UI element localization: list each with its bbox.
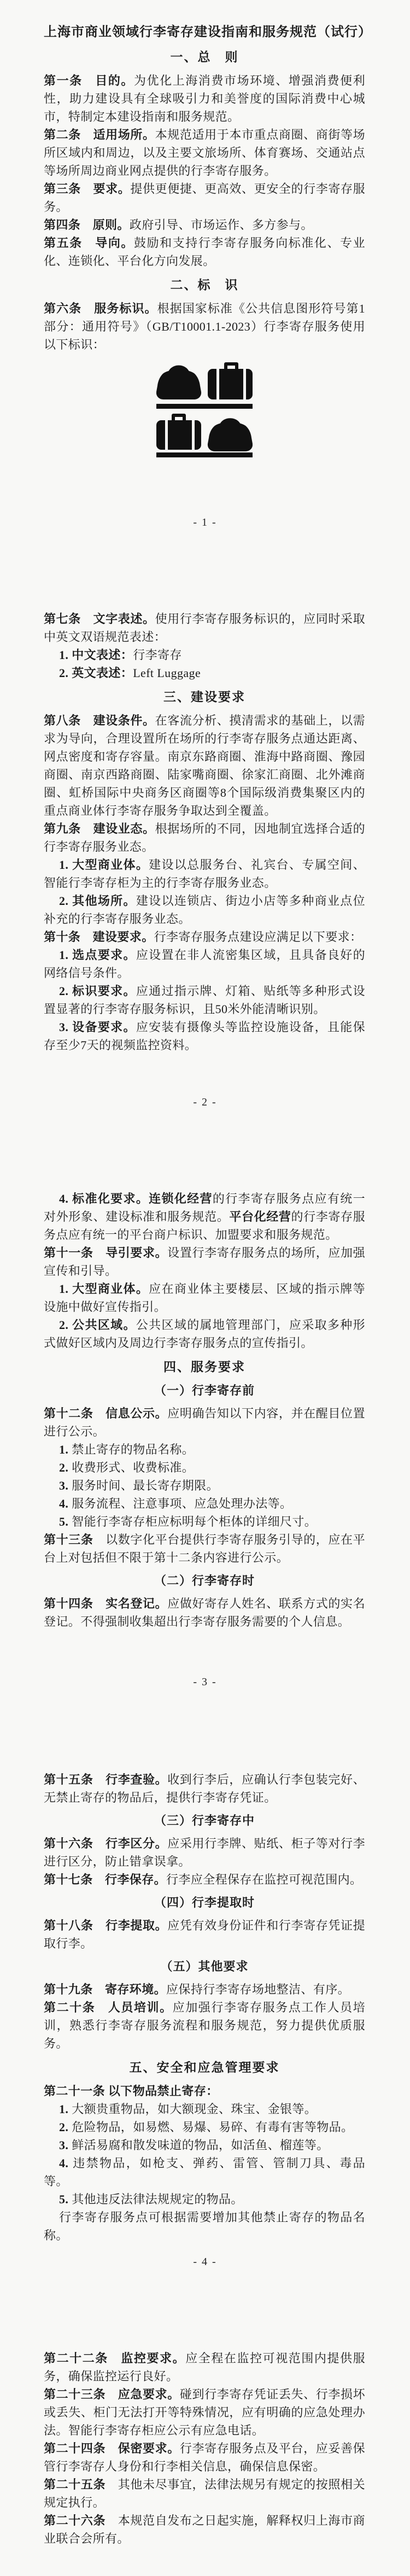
document-page-2: 第七条 文字表述。使用行李寄存服务标识的，应同时采取中英文双语规范表述：1. 中… bbox=[0, 564, 410, 1144]
document-page-1: 上海市商业领域行李寄存建设指南和服务规范（试行）一、总 则第一条 目的。为优化上… bbox=[0, 0, 410, 564]
list-item: 3. 服务时间、最长寄存期限。 bbox=[44, 1477, 365, 1495]
list-item: 1. 大型商业体。应在商业体主要楼层、区域的指示牌等设施中做好宣传指引。 bbox=[44, 1280, 365, 1316]
article-paragraph: 第十一条 导引要求。设置行李寄存服务点的场所，应加强宣传和引导。 bbox=[44, 1244, 365, 1280]
list-item: 2. 英文表述：Left Luggage bbox=[44, 664, 365, 682]
chapter-heading: 四、服务要求 bbox=[44, 1358, 365, 1377]
article-paragraph: 第六条 服务标识。根据国家标准《公共信息图形符号第1部分：通用符号》（GB/T1… bbox=[44, 299, 365, 354]
list-item: 2. 其他场所。建设以连锁店、街边小店等多种商业点位补充的行李寄存服务业态。 bbox=[44, 892, 365, 928]
article-paragraph: 第八条 建设条件。在客流分析、摸清需求的基础上，以需求为导向，合理设置所在场所的… bbox=[44, 711, 365, 820]
list-item: 2. 危险物品，如易燃、易爆、易碎、有毒有害等物品。 bbox=[44, 2118, 365, 2136]
chapter-heading: 三、建设要求 bbox=[44, 688, 365, 707]
list-item: 3. 鲜活易腐和散发味道的物品，如活鱼、榴莲等。 bbox=[44, 2136, 365, 2154]
chapter-heading: 五、安全和应急管理要求 bbox=[44, 2059, 365, 2077]
section-heading: （四）行李提取时 bbox=[44, 1893, 365, 1912]
left-luggage-icon bbox=[156, 361, 253, 457]
article-paragraph: 第一条 目的。为优化上海消费市场环境、增强消费便利性，助力建设具有全球吸引力和美… bbox=[44, 72, 365, 126]
document-page-4: 第十五条 行李查验。收到行李后，应确认行李包装完好、无禁止寄存的物品后，提供行李… bbox=[0, 1724, 410, 2303]
article-paragraph: 第二十二条 监控要求。应全程在监控可视范围内提供服务，确保监控运行良好。 bbox=[44, 2349, 365, 2385]
list-item: 3. 设备要求。应安装有摄像头等监控设施设备，且能保存至少7天的视频监控资料。 bbox=[44, 1018, 365, 1054]
page-5-content: 第二十二条 监控要求。应全程在监控可视范围内提供服务，确保监控运行良好。第二十三… bbox=[44, 2349, 365, 2548]
page-number: - 4 - bbox=[0, 2256, 410, 2268]
article-paragraph: 第十七条 行李保存。行李应全程保存在监控可视范围内。 bbox=[44, 1871, 365, 1889]
page-4-content: 第十五条 行李查验。收到行李后，应确认行李包装完好、无禁止寄存的物品后，提供行李… bbox=[44, 1771, 365, 2244]
list-item: 5. 智能行李寄存柜应标明每个柜体的详细尺寸。 bbox=[44, 1513, 365, 1531]
list-item: 行李寄存服务点可根据需要增加其他禁止寄存的物品名称。 bbox=[44, 2208, 365, 2244]
page-number: - 1 - bbox=[0, 516, 410, 529]
article-paragraph: 第二十一条 以下物品禁止寄存： bbox=[44, 2082, 365, 2100]
list-item: 5. 其他违反法律法规规定的物品。 bbox=[44, 2190, 365, 2208]
article-paragraph: 第三条 要求。提供更便捷、更高效、更安全的行李寄存服务。 bbox=[44, 180, 365, 216]
list-item: 4. 标准化要求。连锁化经营的行李寄存服务点应有统一对外形象、建设标准和服务规范… bbox=[44, 1190, 365, 1244]
document-page-3: 4. 标准化要求。连锁化经营的行李寄存服务点应有统一对外形象、建设标准和服务规范… bbox=[0, 1144, 410, 1724]
article-paragraph: 第九条 建设业态。根据场所的不同，因地制宜选择合适的行李寄存服务业态。 bbox=[44, 820, 365, 856]
article-paragraph: 第七条 文字表述。使用行李寄存服务标识的，应同时采取中英文双语规范表述： bbox=[44, 610, 365, 646]
list-item: 2. 标识要求。应通过指示牌、灯箱、贴纸等多种形式设置显著的行李寄存服务标识，且… bbox=[44, 982, 365, 1018]
article-paragraph: 第十四条 实名登记。应做好寄存人姓名、联系方式的实名登记。不得强制收集超出行李寄… bbox=[44, 1595, 365, 1631]
list-item: 1. 选点要求。应设置在非人流密集区域，且具备良好的网络信号条件。 bbox=[44, 946, 365, 982]
document-title: 上海市商业领域行李寄存建设指南和服务规范（试行） bbox=[44, 23, 365, 42]
section-heading: （三）行李寄存中 bbox=[44, 1812, 365, 1830]
article-paragraph: 第五条 导向。鼓励和支持行李寄存服务向标准化、专业化、连锁化、平台化方向发展。 bbox=[44, 234, 365, 270]
list-item: 1. 禁止寄存的物品名称。 bbox=[44, 1440, 365, 1458]
article-paragraph: 第十五条 行李查验。收到行李后，应确认行李包装完好、无禁止寄存的物品后，提供行李… bbox=[44, 1771, 365, 1807]
scanned-document: { "document": { "title": "上海市商业领域行李寄存建设指… bbox=[0, 0, 410, 2576]
article-paragraph: 第二十三条 应急要求。碰到行李寄存凭证丢失、行李损坏或丢失、柜门无法打开等特殊情… bbox=[44, 2385, 365, 2439]
section-heading: （五）其他要求 bbox=[44, 1957, 365, 1976]
article-paragraph: 第十九条 寄存环境。应保持行李寄存场地整洁、有序。 bbox=[44, 1980, 365, 1998]
article-paragraph: 第十六条 行李区分。应采用行李牌、贴纸、柜子等对行李进行区分，防止错拿误拿。 bbox=[44, 1834, 365, 1871]
page-number: - 2 - bbox=[0, 1096, 410, 1109]
article-paragraph: 第十三条 以数字化平台提供行李寄存服务引导的，应在平台上对包括但不限于第十二条内… bbox=[44, 1531, 365, 1567]
article-paragraph: 第二十四条 保密要求。行李寄存服务点及平台，应妥善保管行李寄存人身份和行李相关信… bbox=[44, 2439, 365, 2475]
page-3-content: 4. 标准化要求。连锁化经营的行李寄存服务点应有统一对外形象、建设标准和服务规范… bbox=[44, 1190, 365, 1631]
list-item: 2. 收费形式、收费标准。 bbox=[44, 1458, 365, 1477]
list-item: 4. 服务流程、注意事项、应急处理办法等。 bbox=[44, 1495, 365, 1513]
list-item: 4. 违禁物品，如枪支、弹药、雷管、管制刀具、毒品等。 bbox=[44, 2154, 365, 2190]
list-item: 1. 大型商业体。建设以总服务台、礼宾台、专属空间、智能行李寄存柜为主的行李寄存… bbox=[44, 856, 365, 892]
page-2-content: 第七条 文字表述。使用行李寄存服务标识的，应同时采取中英文双语规范表述：1. 中… bbox=[44, 610, 365, 1054]
article-paragraph: 第十条 建设要求。行李寄存服务点建设应满足以下要求： bbox=[44, 928, 365, 946]
chapter-heading: 二、标 识 bbox=[44, 276, 365, 295]
document-page-5: 第二十二条 监控要求。应全程在监控可视范围内提供服务，确保监控运行良好。第二十三… bbox=[0, 2303, 410, 2576]
article-paragraph: 第二十五条 其他未尽事宜，法律法规另有规定的按照相关规定执行。 bbox=[44, 2475, 365, 2512]
article-paragraph: 第四条 原则。政府引导、市场运作、多方参与。 bbox=[44, 216, 365, 234]
article-paragraph: 第二条 适用场所。本规范适用于本市重点商圈、商街等场所区域内和周边，以及主要文旅… bbox=[44, 126, 365, 180]
list-item: 2. 公共区域。公共区域的属地管理部门，应采取多种形式做好区域内及周边行李寄存服… bbox=[44, 1316, 365, 1352]
article-paragraph: 第二十条 人员培训。应加强行李寄存服务点工作人员培训，熟悉行李寄存服务流程和服务… bbox=[44, 1998, 365, 2052]
list-item: 1. 大额贵重物品，如大额现金、珠宝、金银等。 bbox=[44, 2100, 365, 2118]
page-number: - 3 - bbox=[0, 1676, 410, 1689]
article-paragraph: 第十八条 行李提取。应凭有效身份证件和行李寄存凭证提取行李。 bbox=[44, 1916, 365, 1952]
section-heading: （二）行李寄存时 bbox=[44, 1572, 365, 1590]
chapter-heading: 一、总 则 bbox=[44, 48, 365, 67]
page-1-content: 上海市商业领域行李寄存建设指南和服务规范（试行）一、总 则第一条 目的。为优化上… bbox=[44, 23, 365, 457]
article-paragraph: 第二十六条 本规范自发布之日起实施，解释权归上海市商业联合会所有。 bbox=[44, 2512, 365, 2548]
section-heading: （一）行李寄存前 bbox=[44, 1381, 365, 1400]
article-paragraph: 第十二条 信息公示。应明确告知以下内容，并在醒目位置进行公示。 bbox=[44, 1404, 365, 1440]
list-item: 1. 中文表述：行李寄存 bbox=[44, 646, 365, 664]
